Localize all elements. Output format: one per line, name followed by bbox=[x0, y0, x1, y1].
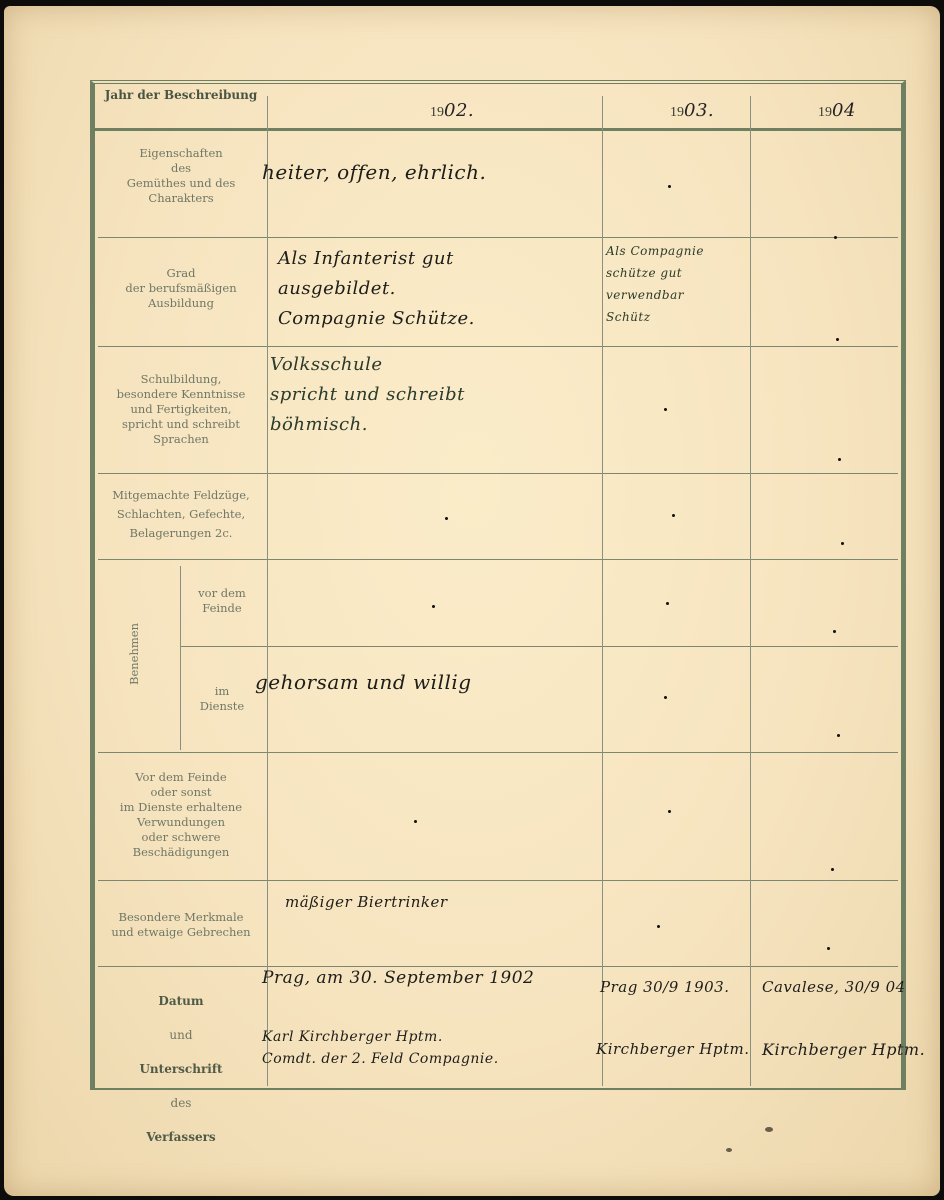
row-label-injuries: Vor dem Feinde oder sonst im Dienste erh… bbox=[100, 770, 262, 860]
row-group-label-benehmen: Benehmen bbox=[127, 625, 141, 685]
label-part: des bbox=[100, 1095, 262, 1112]
entry-1903-signature: Kirchberger Hptm. bbox=[596, 1040, 750, 1058]
entry-1902-training: Als Infanterist gut ausgebildet. Compagn… bbox=[278, 244, 475, 334]
column-divider bbox=[602, 96, 603, 1086]
entry-1904-date: Cavalese, 30/9 04 bbox=[762, 978, 906, 996]
year-handwritten: 02. bbox=[444, 100, 474, 121]
ink-smudge bbox=[726, 1148, 732, 1152]
label-part: Unterschrift bbox=[100, 1061, 262, 1078]
entry-1902-features: mäßiger Biertrinker bbox=[285, 893, 448, 911]
entry-1903-before-enemy bbox=[666, 602, 669, 605]
entry-1902-before-enemy bbox=[432, 605, 435, 608]
entry-1902-campaigns bbox=[445, 517, 448, 520]
entry-1902-education: Volksschule spricht und schreibt böhmisc… bbox=[270, 350, 465, 440]
benehmen-subdivider bbox=[180, 566, 181, 750]
label-part: Verfassers bbox=[100, 1129, 262, 1146]
year-1903: 1903. bbox=[670, 100, 714, 121]
entry-1904-before-enemy bbox=[833, 630, 836, 633]
column-divider bbox=[750, 96, 751, 1086]
label-part: Datum bbox=[100, 993, 262, 1010]
entry-1903-in-service bbox=[664, 696, 667, 699]
row-label-before-enemy: vor dem Feinde bbox=[182, 586, 262, 616]
column-divider bbox=[267, 96, 268, 1086]
entry-1902-injuries bbox=[414, 820, 417, 823]
entry-1902-in-service: gehorsam und willig bbox=[255, 670, 472, 694]
year-handwritten: 04 bbox=[832, 100, 856, 121]
entry-1903-education bbox=[664, 408, 667, 411]
header-row-label: Jahr der Beschreibung bbox=[100, 88, 262, 103]
row-label-campaigns: Mitgemachte Feldzüge, Schlachten, Gefech… bbox=[100, 486, 262, 543]
header-divider bbox=[95, 128, 901, 131]
entry-1904-character bbox=[834, 236, 837, 239]
entry-1904-in-service bbox=[837, 734, 840, 737]
entry-1904-training bbox=[836, 338, 839, 341]
entry-1904-campaigns bbox=[841, 542, 844, 545]
row-divider bbox=[98, 473, 898, 474]
year-printed: 19 bbox=[670, 105, 684, 120]
row-divider bbox=[98, 880, 898, 881]
entry-1903-campaigns bbox=[672, 514, 675, 517]
row-label-character: Eigenschaften des Gemüthes und des Chara… bbox=[100, 146, 262, 206]
entry-1902-character: heiter, offen, ehrlich. bbox=[262, 160, 486, 184]
row-label-in-service: im Dienste bbox=[182, 684, 262, 714]
entry-1904-signature: Kirchberger Hptm. bbox=[762, 1040, 925, 1059]
entry-1904-education bbox=[838, 458, 841, 461]
row-label-signature: Datum und Unterschrift des Verfassers bbox=[100, 976, 262, 1163]
row-label-training: Grad der berufsmäßigen Ausbildung bbox=[100, 266, 262, 311]
entry-1902-signature: Karl Kirchberger Hptm. Comdt. der 2. Fel… bbox=[262, 1026, 499, 1070]
year-1902: 1902. bbox=[430, 100, 474, 121]
ink-smudge bbox=[765, 1127, 773, 1132]
entry-1903-features bbox=[657, 925, 660, 928]
entry-1902-date: Prag, am 30. September 1902 bbox=[262, 968, 534, 988]
row-divider bbox=[98, 966, 898, 967]
year-printed: 19 bbox=[818, 105, 832, 120]
year-1904: 1904 bbox=[818, 100, 856, 121]
entry-1903-character bbox=[668, 185, 671, 188]
year-printed: 19 bbox=[430, 105, 444, 120]
row-divider bbox=[98, 752, 898, 753]
entry-1903-injuries bbox=[668, 810, 671, 813]
label-part: und bbox=[100, 1027, 262, 1044]
entry-1904-features bbox=[827, 947, 830, 950]
row-divider bbox=[98, 559, 898, 560]
row-divider bbox=[180, 646, 898, 647]
row-label-features: Besondere Merkmale und etwaige Gebrechen bbox=[100, 910, 262, 940]
row-label-education: Schulbildung, besondere Kenntnisse und F… bbox=[100, 372, 262, 447]
entry-1904-injuries bbox=[831, 868, 834, 871]
entry-1903-training: Als Compagnie schütze gut verwendbar Sch… bbox=[606, 240, 704, 328]
year-handwritten: 03. bbox=[684, 100, 714, 121]
row-divider bbox=[98, 346, 898, 347]
row-divider bbox=[98, 237, 898, 238]
entry-1903-date: Prag 30/9 1903. bbox=[600, 978, 729, 996]
